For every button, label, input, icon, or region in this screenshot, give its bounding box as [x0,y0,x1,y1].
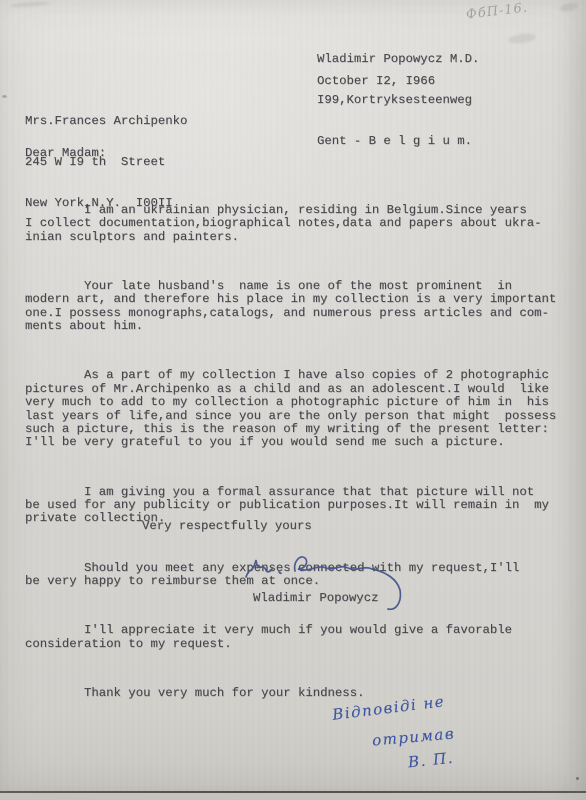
sender-city: Gent - B e l g i u m. [317,135,479,149]
pencil-smudge [508,32,537,45]
ink-speck [576,777,579,780]
letter-date: October I2, I966 [317,75,435,89]
scan-speck [2,95,7,98]
scanned-letter-page: ФбП-16. Wladimir Popowycz M.D. I99,Kortr… [0,0,586,800]
body-paragraph: Thank you very much for your kindness. [25,687,556,700]
sender-name: Wladimir Popowycz M.D. [317,53,479,67]
handwritten-note-line: В. П. [407,749,455,772]
recipient-name: Mrs.Frances Archipenko [25,115,187,129]
signature-handwriting [238,550,418,618]
pencil-smudge [559,1,578,13]
body-paragraph: As a part of my collection I have also c… [25,369,556,449]
scanner-background-strip [0,793,586,800]
body-paragraph: I am an ukrainian physician, residing in… [25,204,556,244]
pencil-archive-annotation: ФбП-16. [465,0,529,22]
sender-address-block: Wladimir Popowycz M.D. I99,Kortryksestee… [317,26,479,176]
scan-scratch [10,1,50,9]
body-paragraph: Your late husband's name is one of the m… [25,280,556,334]
salutation: Dear Madam: [25,147,106,161]
sender-street: I99,Kortryksesteenweg [317,94,479,108]
valediction: Very respectfully yours [142,520,312,534]
signature-typed-name: Wladimir Popowycz [253,592,378,606]
letter-body: I am an ukrainian physician, residing in… [25,177,556,736]
body-paragraph: I'll appreciate it very much if you woul… [25,624,556,651]
